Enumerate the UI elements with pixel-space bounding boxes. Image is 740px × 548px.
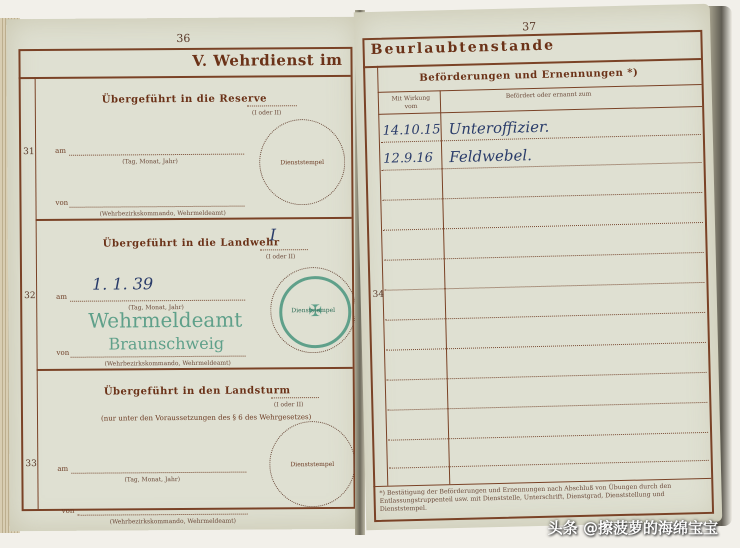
- von-label: von: [57, 349, 70, 357]
- section-landwehr: 32 Übergeführt in die Landwehr I (I oder…: [6, 17, 358, 19]
- right-page: 37 Beurlaubtenstande Beförderungen und E…: [354, 4, 723, 531]
- section-title: Übergeführt in die Landwehr: [103, 237, 280, 249]
- soldbuch-spread: 36 V. Wehrdienst im 31 Übergeführt in di…: [0, 0, 740, 548]
- entry-rank: Feldwebel.: [449, 146, 532, 166]
- stamp-area: ✠ Dienststempel: [270, 267, 357, 354]
- office-stamp-line2: Braunschweig: [108, 334, 224, 354]
- page-number: 37: [522, 20, 536, 33]
- stamp-area: Dienststempel: [269, 421, 356, 508]
- von-label: von: [55, 199, 68, 207]
- row-number: 31: [23, 147, 35, 157]
- row-number: 32: [24, 291, 36, 301]
- entry-date: 12.9.16: [383, 151, 433, 167]
- row-number: 34: [373, 290, 385, 300]
- entry-rank: Unteroffizier.: [448, 118, 549, 138]
- page-header: V. Wehrdienst im: [192, 51, 342, 70]
- stamp-label: Dienststempel: [260, 159, 344, 167]
- office-stamp-line1: Wehrmeldeamt: [88, 308, 242, 333]
- row-number: 33: [25, 459, 37, 469]
- section-landsturm: 33 Übergeführt in den Landsturm (I oder …: [6, 17, 358, 19]
- am-label: am: [56, 293, 67, 301]
- entry-lines: [354, 4, 710, 13]
- page-number: 36: [176, 32, 190, 45]
- stamp-label: Dienststempel: [270, 460, 354, 468]
- von-label: von: [62, 507, 75, 515]
- column-header-date: Mit Wirkung vom: [386, 94, 436, 111]
- von-hint: (Wehrbezirkskommando, Wehrmeldeamt): [105, 360, 231, 368]
- section-note: (nur unter den Voraussetzungen des § 6 d…: [101, 413, 311, 422]
- choice-hint: (I oder II): [266, 253, 296, 260]
- date-hint: (Tag, Monat, Jahr): [122, 158, 178, 165]
- source-watermark: 头条 @擦菠萝的海绵宝宝: [548, 517, 718, 538]
- left-page: 36 V. Wehrdienst im 31 Übergeführt in di…: [6, 17, 362, 531]
- am-label: am: [55, 147, 66, 155]
- am-label: am: [57, 465, 68, 473]
- section-reserve: 31 Übergeführt in die Reserve (I oder II…: [6, 17, 358, 19]
- choice-hint: (I oder II): [252, 109, 282, 116]
- choice-hint: (I oder II): [274, 401, 304, 408]
- stamp-area: Dienststempel: [259, 119, 346, 206]
- von-field[interactable]: [78, 514, 248, 516]
- am-date-value: 1. 1. 39: [92, 274, 153, 293]
- von-hint: (Wehrbezirkskommando, Wehrmeldeamt): [110, 518, 236, 526]
- landwehr-class-value: I: [270, 225, 276, 244]
- von-hint: (Wehrbezirkskommando, Wehrmeldeamt): [100, 210, 226, 218]
- section-title: Übergeführt in die Reserve: [102, 93, 267, 105]
- entry-date: 14.10.15: [382, 122, 440, 138]
- section-title: Übergeführt in den Landsturm: [104, 385, 291, 397]
- date-hint: (Tag, Monat, Jahr): [124, 476, 180, 483]
- stamp-label: Dienststempel: [271, 306, 355, 314]
